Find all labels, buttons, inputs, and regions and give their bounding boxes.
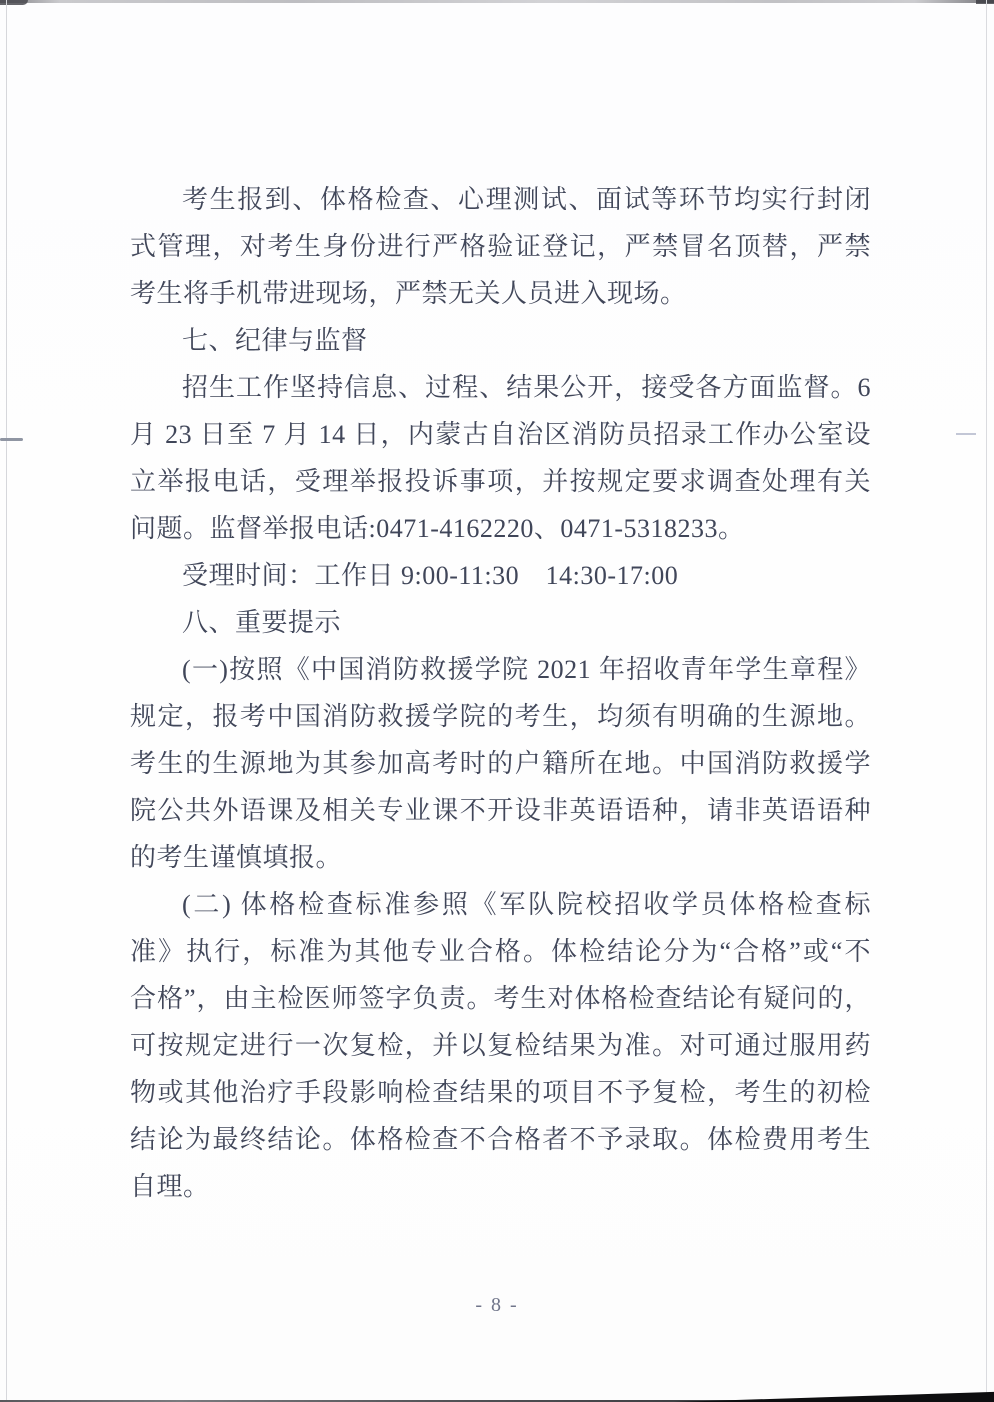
paragraph-note-2-line-2: 准》执行，标准为其他专业合格。体检结论分为“合格”或“不 bbox=[130, 928, 871, 975]
paragraph-supervision-line-3: 立举报电话，受理举报投诉事项，并按规定要求调查处理有关 bbox=[130, 458, 871, 505]
section-heading-7-discipline: 七、纪律与监督 bbox=[130, 317, 871, 364]
paragraph-closed-management-line-1: 考生报到、体格检查、心理测试、面试等环节均实行封闭 bbox=[130, 176, 871, 223]
paragraph-note-1-line-2: 规定，报考中国消防救援学院的考生，均须有明确的生源地。 bbox=[130, 693, 871, 740]
scan-left-margin-mark bbox=[0, 438, 23, 441]
paragraph-note-2-line-5: 物或其他治疗手段影响检查结果的项目不予复检，考生的初检 bbox=[130, 1069, 871, 1116]
paragraph-note-2-line-7: 自理。 bbox=[130, 1163, 871, 1210]
paragraph-closed-management-line-2: 式管理，对考生身份进行严格验证登记，严禁冒名顶替，严禁 bbox=[130, 223, 871, 270]
paragraph-supervision-line-2: 月 23 日至 7 月 14 日，内蒙古自治区消防员招录工作办公室设 bbox=[130, 411, 871, 458]
scan-right-edge-line bbox=[986, 0, 987, 1402]
paragraph-closed-management-line-3: 考生将手机带进现场，严禁无关人员进入现场。 bbox=[130, 270, 871, 317]
paragraph-service-hours: 受理时间：工作日 9:00-11:30 14:30-17:00 bbox=[130, 552, 871, 599]
paragraph-supervision-line-1: 招生工作坚持信息、过程、结果公开，接受各方面监督。6 bbox=[130, 364, 871, 411]
paragraph-note-2-line-4: 可按规定进行一次复检，并以复检结果为准。对可通过服用药 bbox=[130, 1022, 871, 1069]
paragraph-note-1-line-1: (一)按照《中国消防救援学院 2021 年招收青年学生章程》 bbox=[130, 646, 871, 693]
paragraph-note-2-line-3: 合格”，由主检医师签字负责。考生对体格检查结论有疑问的， bbox=[130, 975, 871, 1022]
section-heading-8-important-notes: 八、重要提示 bbox=[130, 599, 871, 646]
scan-corner-mark-top-left bbox=[0, 0, 28, 5]
scan-corner-mark-top-right bbox=[976, 0, 994, 4]
scanned-document-page: 考生报到、体格检查、心理测试、面试等环节均实行封闭 式管理，对考生身份进行严格验… bbox=[0, 0, 994, 1402]
page-number: - 8 - bbox=[0, 1294, 994, 1317]
scan-top-edge-artifact bbox=[0, 0, 994, 3]
paragraph-note-2-line-1: (二) 体格检查标准参照《军队院校招收学员体格检查标 bbox=[130, 881, 871, 928]
scan-right-margin-mark bbox=[956, 433, 976, 435]
paragraph-note-1-line-5: 的考生谨慎填报。 bbox=[130, 834, 871, 881]
paragraph-note-2-line-6: 结论为最终结论。体格检查不合格者不予录取。体检费用考生 bbox=[130, 1116, 871, 1163]
scan-left-edge-line bbox=[6, 0, 7, 1402]
paragraph-note-1-line-4: 院公共外语课及相关专业课不开设非英语语种，请非英语语种 bbox=[130, 787, 871, 834]
paragraph-supervision-hotlines: 问题。监督举报电话:0471-4162220、0471-5318233。 bbox=[130, 505, 871, 552]
paragraph-note-1-line-3: 考生的生源地为其参加高考时的户籍所在地。中国消防救援学 bbox=[130, 740, 871, 787]
document-body: 考生报到、体格检查、心理测试、面试等环节均实行封闭 式管理，对考生身份进行严格验… bbox=[130, 176, 871, 1210]
